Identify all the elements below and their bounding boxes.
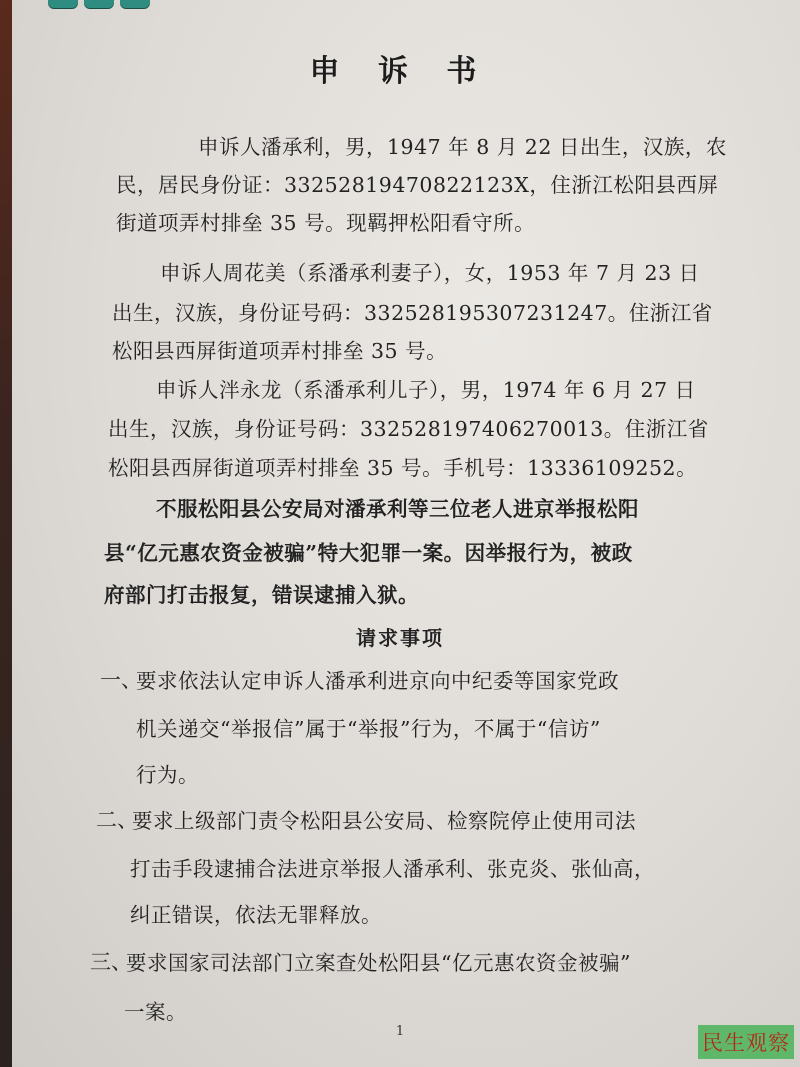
paragraph-line: 松阳县西屏街道项弄村排垒 35 号。 [112, 334, 447, 364]
logo-shape [84, 0, 114, 8]
logo-shape [120, 0, 150, 8]
logo-fragment [48, 0, 150, 10]
logo-shape [48, 0, 78, 8]
request-line: 打击手段逮捕合法进京举报人潘承利、张克炎、张仙高， [130, 852, 655, 882]
paragraph-line: 松阳县西屏街道项弄村排垒 35 号。手机号：13336109252。 [108, 451, 697, 481]
request-line: 机关递交“举报信”属于“举报”行为，不属于“信访” [136, 712, 601, 742]
paragraph-line: 府部门打击报复，错误逮捕入狱。 [104, 578, 419, 608]
paragraph-line: 申诉人泮永龙（系潘承利儿子），男，1974 年 6 月 27 日 [156, 373, 696, 403]
paragraph-line: 县“亿元惠农资金被骗”特大犯罪一案。因举报行为，被政 [104, 536, 633, 566]
paragraph-line: 出生，汉族，身份证号码：332528195307231247。住浙江省 [112, 296, 713, 326]
paragraph-line: 出生，汉族，身份证号码：332528197406270013。住浙江省 [108, 412, 709, 442]
request-line: 要求依法认定申诉人潘承利进京向中纪委等国家党政 [136, 664, 619, 694]
paragraph-line: 民，居民身份证：33252819470822123X，住浙江松阳县西屏 [116, 168, 718, 198]
watermark-badge: 民生观察 [698, 1025, 794, 1059]
paragraph-line: 申诉人周花美（系潘承利妻子），女，1953 年 7 月 23 日 [160, 256, 700, 286]
paragraph-line: 不服松阳县公安局对潘承利等三位老人进京举报松阳 [156, 492, 639, 522]
request-line: 纠正错误，依法无罪释放。 [130, 898, 382, 928]
requests-heading: 请求事项 [0, 622, 800, 651]
request-line: 要求上级部门责令松阳县公安局、检察院停止使用司法 [132, 804, 636, 834]
document-title: 申 诉 书 [0, 46, 800, 90]
paragraph-line: 申诉人潘承利，男，1947 年 8 月 22 日出生，汉族，农 [198, 130, 727, 160]
request-line: 要求国家司法部门立案查处松阳县“亿元惠农资金被骗” [126, 946, 631, 976]
request-line: 一案。 [124, 995, 187, 1025]
paragraph-line: 街道项弄村排垒 35 号。现羁押松阳看守所。 [116, 206, 535, 236]
request-line: 行为。 [136, 758, 199, 788]
page-number: 1 [0, 1024, 800, 1039]
